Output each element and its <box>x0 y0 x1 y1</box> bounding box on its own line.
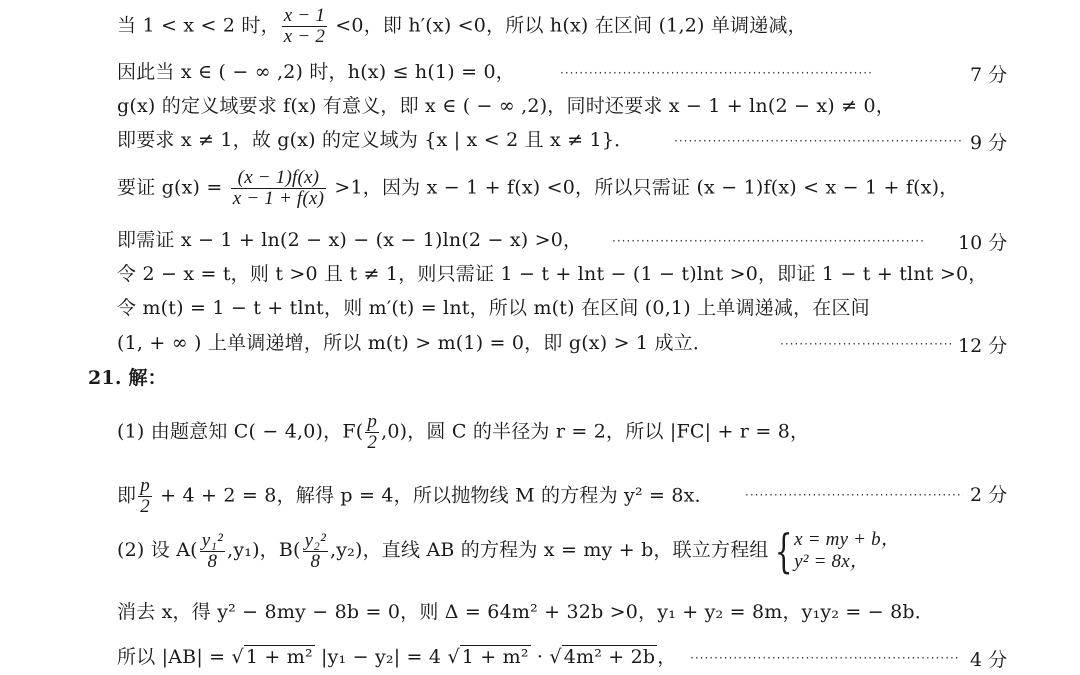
fraction: p2 <box>365 412 379 453</box>
line-8: 令 m(t) = 1 − t + tlnt，则 m′(t) = lnt，所以 m… <box>117 296 870 320</box>
dot-leader: ········································… <box>612 234 952 248</box>
line-13-mid1: ,y₁)，B( <box>227 539 301 561</box>
line-5: 要证 g(x) = (x − 1)f(x)x − 1 + f(x) >1，因为 … <box>117 168 958 209</box>
fraction-a: y₁²8 <box>200 531 225 572</box>
line-1: 当 1 < x < 2 时，x − 1x − 2 <0，即 h′(x) <0，所… <box>117 6 807 47</box>
dot-leader: ········································… <box>690 651 960 665</box>
line-5-pre: 要证 g(x) = <box>117 177 229 199</box>
radicand: 4m² + 2b <box>562 645 658 668</box>
line-3: g(x) 的定义域要求 f(x) 有意义，即 x ∈ ( − ∞ ,2)，同时还… <box>117 94 895 118</box>
line-15-post: ， <box>657 646 676 668</box>
line-12: 即p2 + 4 + 2 = 8，解得 p = 4，所以抛物线 M 的方程为 y²… <box>117 476 714 517</box>
fraction-b: y₂²8 <box>303 531 328 572</box>
problem-21-heading: 21. 解： <box>88 366 167 390</box>
line-15-mid: |y₁ − y₂| = 4 <box>315 646 448 668</box>
line-9: (1, + ∞ ) 上单调递增，所以 m(t) > m(1) = 0，即 g(x… <box>117 331 712 355</box>
dot-leader: ········································… <box>745 488 963 502</box>
multiply-dot: · <box>531 646 550 668</box>
line-14: 消去 x，得 y² − 8my − 8b = 0，则 Δ = 64m² + 32… <box>117 600 934 624</box>
line-13-pre: (2) 设 A( <box>117 539 198 561</box>
fraction: (x − 1)f(x)x − 1 + f(x) <box>231 168 326 209</box>
numerator: p <box>365 412 379 433</box>
numerator: p <box>138 476 152 497</box>
fraction: x − 1x − 2 <box>282 6 327 47</box>
score-9: 9 分 <box>970 128 1007 155</box>
numerator: (x − 1)f(x) <box>231 168 326 189</box>
numerator: y₁² <box>200 531 225 551</box>
dot-leader: ········································… <box>780 337 952 351</box>
radicand: 1 + m² <box>460 645 531 668</box>
line-15-pre: 所以 |AB| = <box>117 646 232 668</box>
score-12: 12 分 <box>958 331 1007 358</box>
line-11: (1) 由题意知 C( − 4,0)，F(p2,0)，圆 C 的半径为 r = … <box>117 412 809 453</box>
line-1-post: <0，即 h′(x) <0，所以 h(x) 在区间 (1,2) 单调递减， <box>329 15 807 37</box>
sqrt-expression: √1 + m² <box>232 645 315 669</box>
sqrt-expression: √4m² + 2b <box>549 645 657 669</box>
numerator: x − 1 <box>282 6 327 27</box>
denominator: 2 <box>138 497 152 517</box>
line-12-post: + 4 + 2 = 8，解得 p = 4，所以抛物线 M 的方程为 y² = 8… <box>154 485 714 507</box>
system-eq-2: y² = 8x， <box>794 551 900 573</box>
fraction: p2 <box>138 476 152 517</box>
denominator: 8 <box>303 551 328 572</box>
left-brace: { <box>775 528 793 574</box>
system-eq-1: x = my + b， <box>794 529 900 551</box>
line-4: 即要求 x ≠ 1，故 g(x) 的定义域为 {x | x < 2 且 x ≠ … <box>117 128 633 152</box>
dot-leader: ········································… <box>560 66 960 80</box>
line-7: 令 2 − x = t，则 t >0 且 t ≠ 1，则只需证 1 − t + … <box>117 262 987 286</box>
line-12-pre: 即 <box>117 485 136 507</box>
sqrt-expression: √1 + m² <box>447 645 530 669</box>
dot-leader: ········································… <box>674 134 964 148</box>
line-2: 因此当 x ∈ ( − ∞ ,2) 时，h(x) ≤ h(1) = 0， <box>117 60 515 84</box>
denominator: 2 <box>365 433 379 453</box>
score-10: 10 分 <box>958 228 1007 255</box>
denominator: x − 1 + f(x) <box>231 189 326 209</box>
line-6: 即需证 x − 1 + ln(2 − x) − (x − 1)ln(2 − x)… <box>117 228 582 252</box>
score-2: 2 分 <box>970 480 1007 507</box>
line-15: 所以 |AB| = √1 + m² |y₁ − y₂| = 4 √1 + m² … <box>117 645 676 669</box>
line-11-pre: (1) 由题意知 C( − 4,0)，F( <box>117 421 363 443</box>
score-4: 4 分 <box>970 645 1007 672</box>
line-1-pre: 当 1 < x < 2 时， <box>117 15 280 37</box>
radicand: 1 + m² <box>244 645 315 668</box>
line-5-post: >1，因为 x − 1 + f(x) <0，所以只需证 (x − 1)f(x) … <box>328 177 958 199</box>
line-13: (2) 设 A(y₁²8,y₁)，B(y₂²8,y₂)，直线 AB 的方程为 x… <box>117 528 900 574</box>
denominator: x − 2 <box>282 27 327 47</box>
denominator: 8 <box>200 551 225 572</box>
line-11-post: ,0)，圆 C 的半径为 r = 2，所以 |FC| + r = 8， <box>381 421 809 443</box>
equation-system: x = my + b，y² = 8x， <box>794 529 900 573</box>
numerator: y₂² <box>303 531 328 551</box>
score-7: 7 分 <box>970 60 1007 87</box>
line-13-mid2: ,y₂)，直线 AB 的方程为 x = my + b，联立方程组 <box>330 539 769 561</box>
